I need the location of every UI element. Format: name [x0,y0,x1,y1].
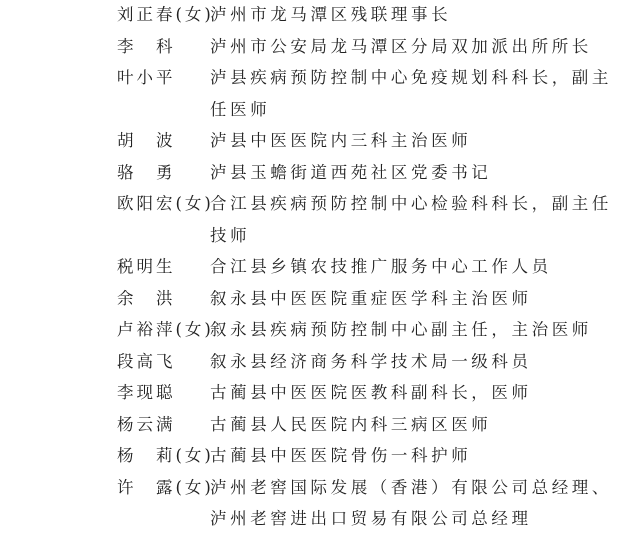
person-title: 泸县疾病预防控制中心免疫规划科科长，副主任医师 [210,62,617,125]
person-title: 泸州老窖国际发展（香港）有限公司总经理、泸州老窖进出口贸易有限公司总经理 [210,472,617,535]
document-page: 刘正春(女) 泸州市龙马潭区残联理事长 李 科 泸州市公安局龙马潭区分局双加派出… [0,0,640,541]
person-name: 许 露(女) [117,472,210,504]
list-item: 段高飞 叙永县经济商务科学技术局一级科员 [117,346,617,378]
list-item: 叶小平 泸县疾病预防控制中心免疫规划科科长，副主任医师 [117,62,617,125]
list-item: 余 洪 叙永县中医医院重症医学科主治医师 [117,283,617,315]
person-name: 杨云满 [117,409,210,441]
list-item: 卢裕萍(女) 叙永县疾病预防控制中心副主任，主治医师 [117,314,617,346]
person-title: 叙永县经济商务科学技术局一级科员 [210,346,617,378]
list-item: 税明生 合江县乡镇农技推广服务中心工作人员 [117,251,617,283]
person-title: 泸州市龙马潭区残联理事长 [210,0,617,31]
person-title: 合江县疾病预防控制中心检验科科长，副主任技师 [210,188,617,251]
person-name: 李现聪 [117,377,210,409]
member-list: 刘正春(女) 泸州市龙马潭区残联理事长 李 科 泸州市公安局龙马潭区分局双加派出… [117,0,617,535]
person-title: 叙永县中医医院重症医学科主治医师 [210,283,617,315]
list-item: 胡 波 泸县中医医院内三科主治医师 [117,125,617,157]
list-item: 李 科 泸州市公安局龙马潭区分局双加派出所所长 [117,31,617,63]
person-name: 卢裕萍(女) [117,314,210,346]
person-title: 古蔺县中医医院医教科副科长，医师 [210,377,617,409]
person-name: 余 洪 [117,283,210,315]
person-title: 泸县中医医院内三科主治医师 [210,125,617,157]
person-name: 李 科 [117,31,210,63]
person-name: 叶小平 [117,62,210,94]
person-title: 泸州市公安局龙马潭区分局双加派出所所长 [210,31,617,63]
list-item: 杨云满 古蔺县人民医院内科三病区医师 [117,409,617,441]
list-item: 欧阳宏(女) 合江县疾病预防控制中心检验科科长，副主任技师 [117,188,617,251]
person-title: 古蔺县中医医院骨伤一科护师 [210,440,617,472]
list-item: 许 露(女) 泸州老窖国际发展（香港）有限公司总经理、泸州老窖进出口贸易有限公司… [117,472,617,535]
person-title: 泸县玉蟾街道西苑社区党委书记 [210,157,617,189]
list-item: 李现聪 古蔺县中医医院医教科副科长，医师 [117,377,617,409]
person-name: 骆 勇 [117,157,210,189]
person-name: 欧阳宏(女) [117,188,210,220]
person-name: 税明生 [117,251,210,283]
list-item: 杨 莉(女) 古蔺县中医医院骨伤一科护师 [117,440,617,472]
list-item: 骆 勇 泸县玉蟾街道西苑社区党委书记 [117,157,617,189]
person-name: 刘正春(女) [117,0,210,31]
person-title: 古蔺县人民医院内科三病区医师 [210,409,617,441]
person-name: 胡 波 [117,125,210,157]
person-name: 杨 莉(女) [117,440,210,472]
person-title: 合江县乡镇农技推广服务中心工作人员 [210,251,617,283]
list-item: 刘正春(女) 泸州市龙马潭区残联理事长 [117,0,617,31]
person-name: 段高飞 [117,346,210,378]
person-title: 叙永县疾病预防控制中心副主任，主治医师 [210,314,617,346]
